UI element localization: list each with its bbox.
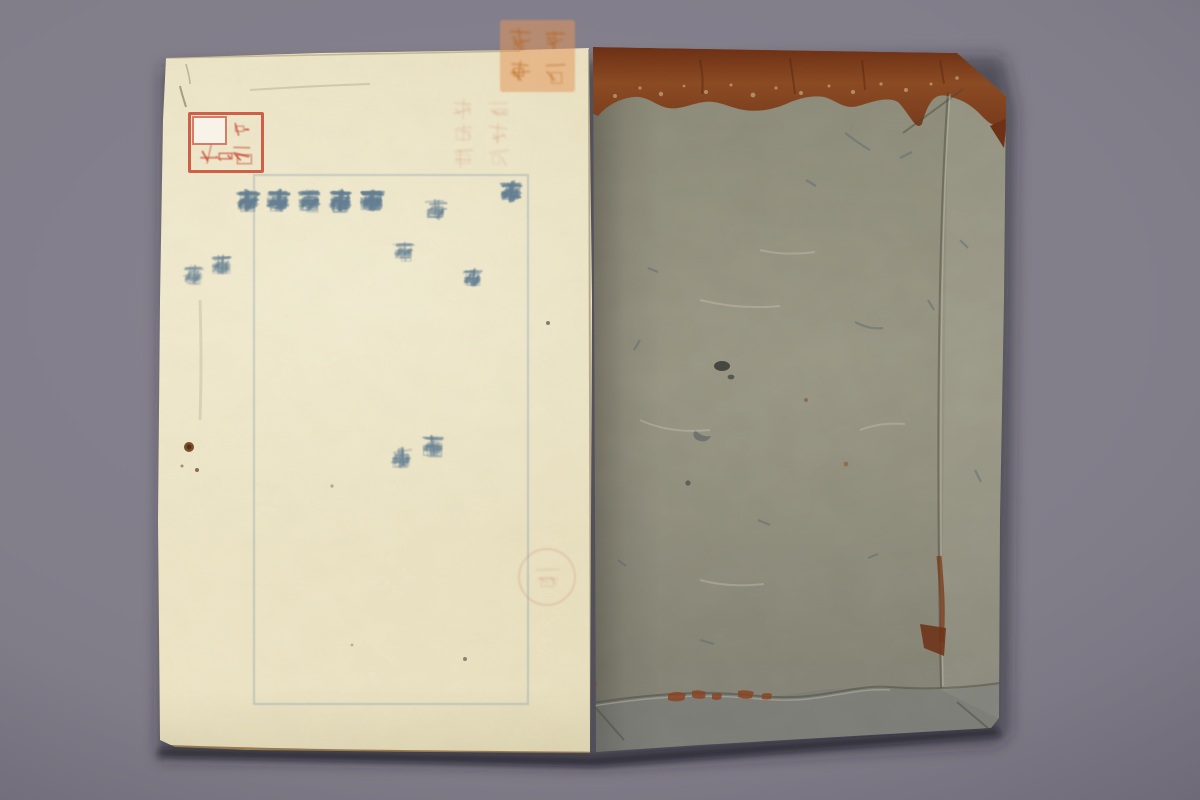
red-library-seal bbox=[188, 112, 264, 173]
seal-inner-box bbox=[192, 116, 227, 145]
faint-red-seal bbox=[444, 95, 520, 169]
faint-round-seal bbox=[518, 548, 576, 606]
orange-edge-stamp bbox=[500, 20, 575, 92]
photograph-open-book bbox=[0, 0, 1200, 800]
